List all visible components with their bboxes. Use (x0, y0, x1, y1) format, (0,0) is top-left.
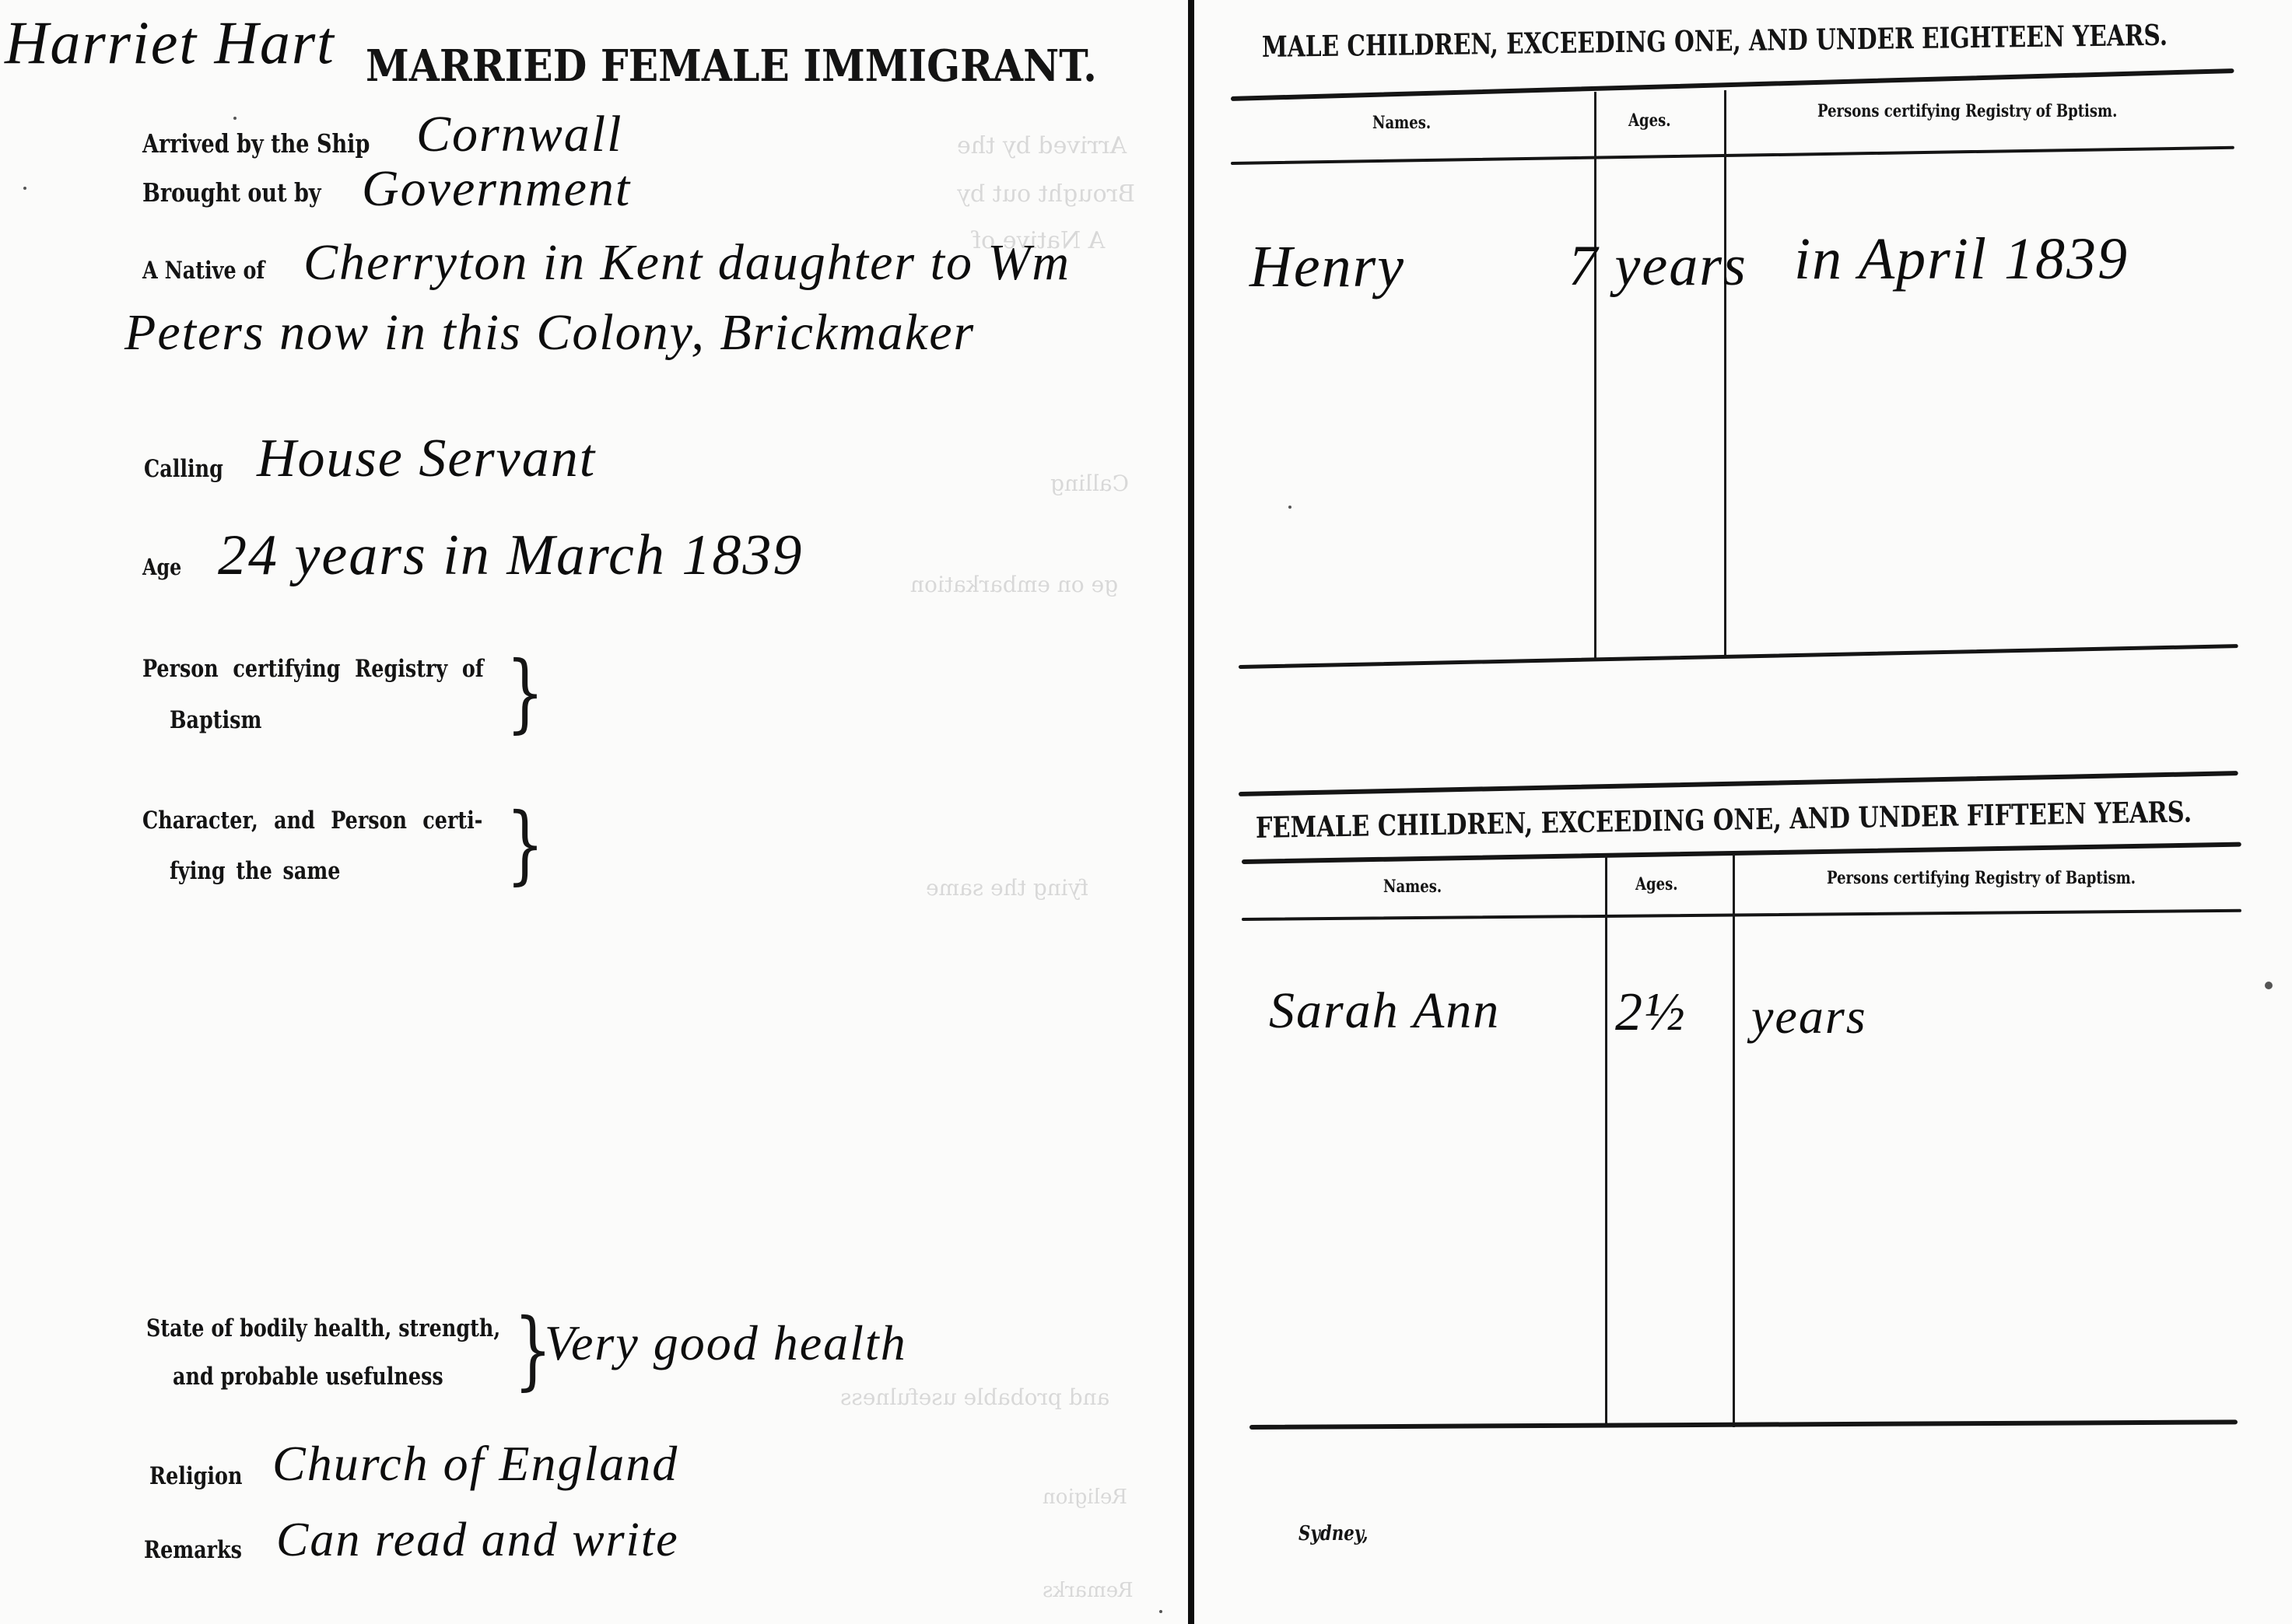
religion-label: Religion (149, 1462, 242, 1490)
male-col-names: Names. (1372, 113, 1431, 133)
female-table-top-rule (1239, 771, 2238, 796)
character-brace: } (506, 801, 545, 887)
ink-speck (1159, 1610, 1162, 1613)
male-child-certifier: in April 1839 (1794, 226, 2129, 293)
baptism-registry-label-line2: Baptism (170, 706, 261, 734)
female-header-bottom-rule (1242, 909, 2241, 921)
male-col-divider-1 (1594, 92, 1596, 660)
left-page: Arrived by the Brought out by A Native o… (0, 0, 1189, 1624)
age-value: 24 years in March 1839 (218, 523, 803, 589)
native-of-value-line1: Cherryton in Kent daughter to Wm (303, 233, 1071, 292)
female-child-certifier: years (1751, 988, 1867, 1045)
ink-speck (233, 117, 237, 120)
male-child-name: Henry (1249, 233, 1405, 301)
female-col-divider-1 (1605, 856, 1607, 1427)
age-label: Age (142, 554, 181, 580)
ship-value: Cornwall (416, 105, 622, 164)
male-col-certifier: Persons certifying Registry of Bptism. (1817, 101, 2117, 121)
male-child-age: 7 years (1568, 233, 1747, 299)
native-of-label: A Native of (142, 257, 265, 285)
right-page: MALE CHILDREN, EXCEEDING ONE, AND UNDER … (1195, 0, 2292, 1624)
native-of-value-line2: Peters now in this Colony, Brickmaker (124, 303, 975, 362)
calling-value: House Servant (257, 428, 596, 490)
bleed-through-fying: fying the same (926, 875, 1088, 901)
place-sydney: Sydney, (1298, 1522, 1369, 1545)
character-label-line2: fying the same (170, 857, 340, 885)
female-children-heading: FEMALE CHILDREN, EXCEEDING ONE, AND UNDE… (1256, 795, 2192, 845)
male-header-bottom-rule (1231, 146, 2234, 165)
health-label-line1: State of bodily health, strength, (146, 1314, 500, 1342)
page-fold-divider (1188, 0, 1194, 1624)
bleed-through-calling: Calling (1050, 471, 1129, 496)
calling-label: Calling (144, 455, 223, 483)
female-col-certifier: Persons certifying Registry of Baptism. (1827, 868, 2136, 888)
character-label-line1: Character, and Person certi- (142, 807, 482, 835)
bleed-through-usefulness: and probable usefulness (840, 1384, 1109, 1410)
male-table-top-rule (1231, 68, 2234, 101)
female-child-name: Sarah Ann (1269, 982, 1500, 1041)
remarks-value: Can read and write (276, 1513, 679, 1568)
baptism-registry-brace: } (506, 649, 545, 735)
bleed-through-arrived: Arrived by the (957, 132, 1127, 159)
male-col-divider-2 (1724, 90, 1726, 658)
male-table-bottom-rule (1239, 644, 2238, 669)
form-title: MARRIED FEMALE IMMIGRANT. (366, 40, 1097, 92)
ink-speck (23, 187, 26, 190)
female-child-age: 2½ (1615, 982, 1687, 1044)
brought-out-by-label: Brought out by (142, 177, 321, 208)
baptism-registry-label-line1: Person certifying Registry of (142, 655, 484, 683)
health-label-line2: and probable usefulness (173, 1363, 443, 1391)
bleed-through-brought: Brought out by (957, 180, 1135, 208)
female-table-bottom-rule (1249, 1419, 2238, 1430)
female-col-ages: Ages. (1635, 874, 1678, 894)
health-value: Very good health (545, 1314, 907, 1372)
ink-speck (1288, 506, 1291, 509)
religion-value: Church of England (272, 1435, 678, 1493)
brought-out-by-value: Government (362, 159, 631, 219)
ink-speck (2265, 982, 2273, 989)
remarks-label: Remarks (144, 1536, 242, 1564)
female-heading-bottom-rule (1242, 842, 2241, 864)
male-col-ages: Ages. (1628, 110, 1671, 131)
bleed-through-age: ge on embarkation (910, 572, 1118, 597)
bleed-through-remarks: Remarks (1043, 1579, 1134, 1602)
female-col-names: Names. (1383, 877, 1442, 897)
female-col-divider-2 (1733, 854, 1735, 1427)
bleed-through-religion: Religion (1043, 1486, 1127, 1509)
ship-label: Arrived by the Ship (142, 128, 370, 159)
male-children-heading: MALE CHILDREN, EXCEEDING ONE, AND UNDER … (1262, 18, 2168, 64)
handwritten-immigrant-name: Harriet Hart (5, 8, 335, 78)
